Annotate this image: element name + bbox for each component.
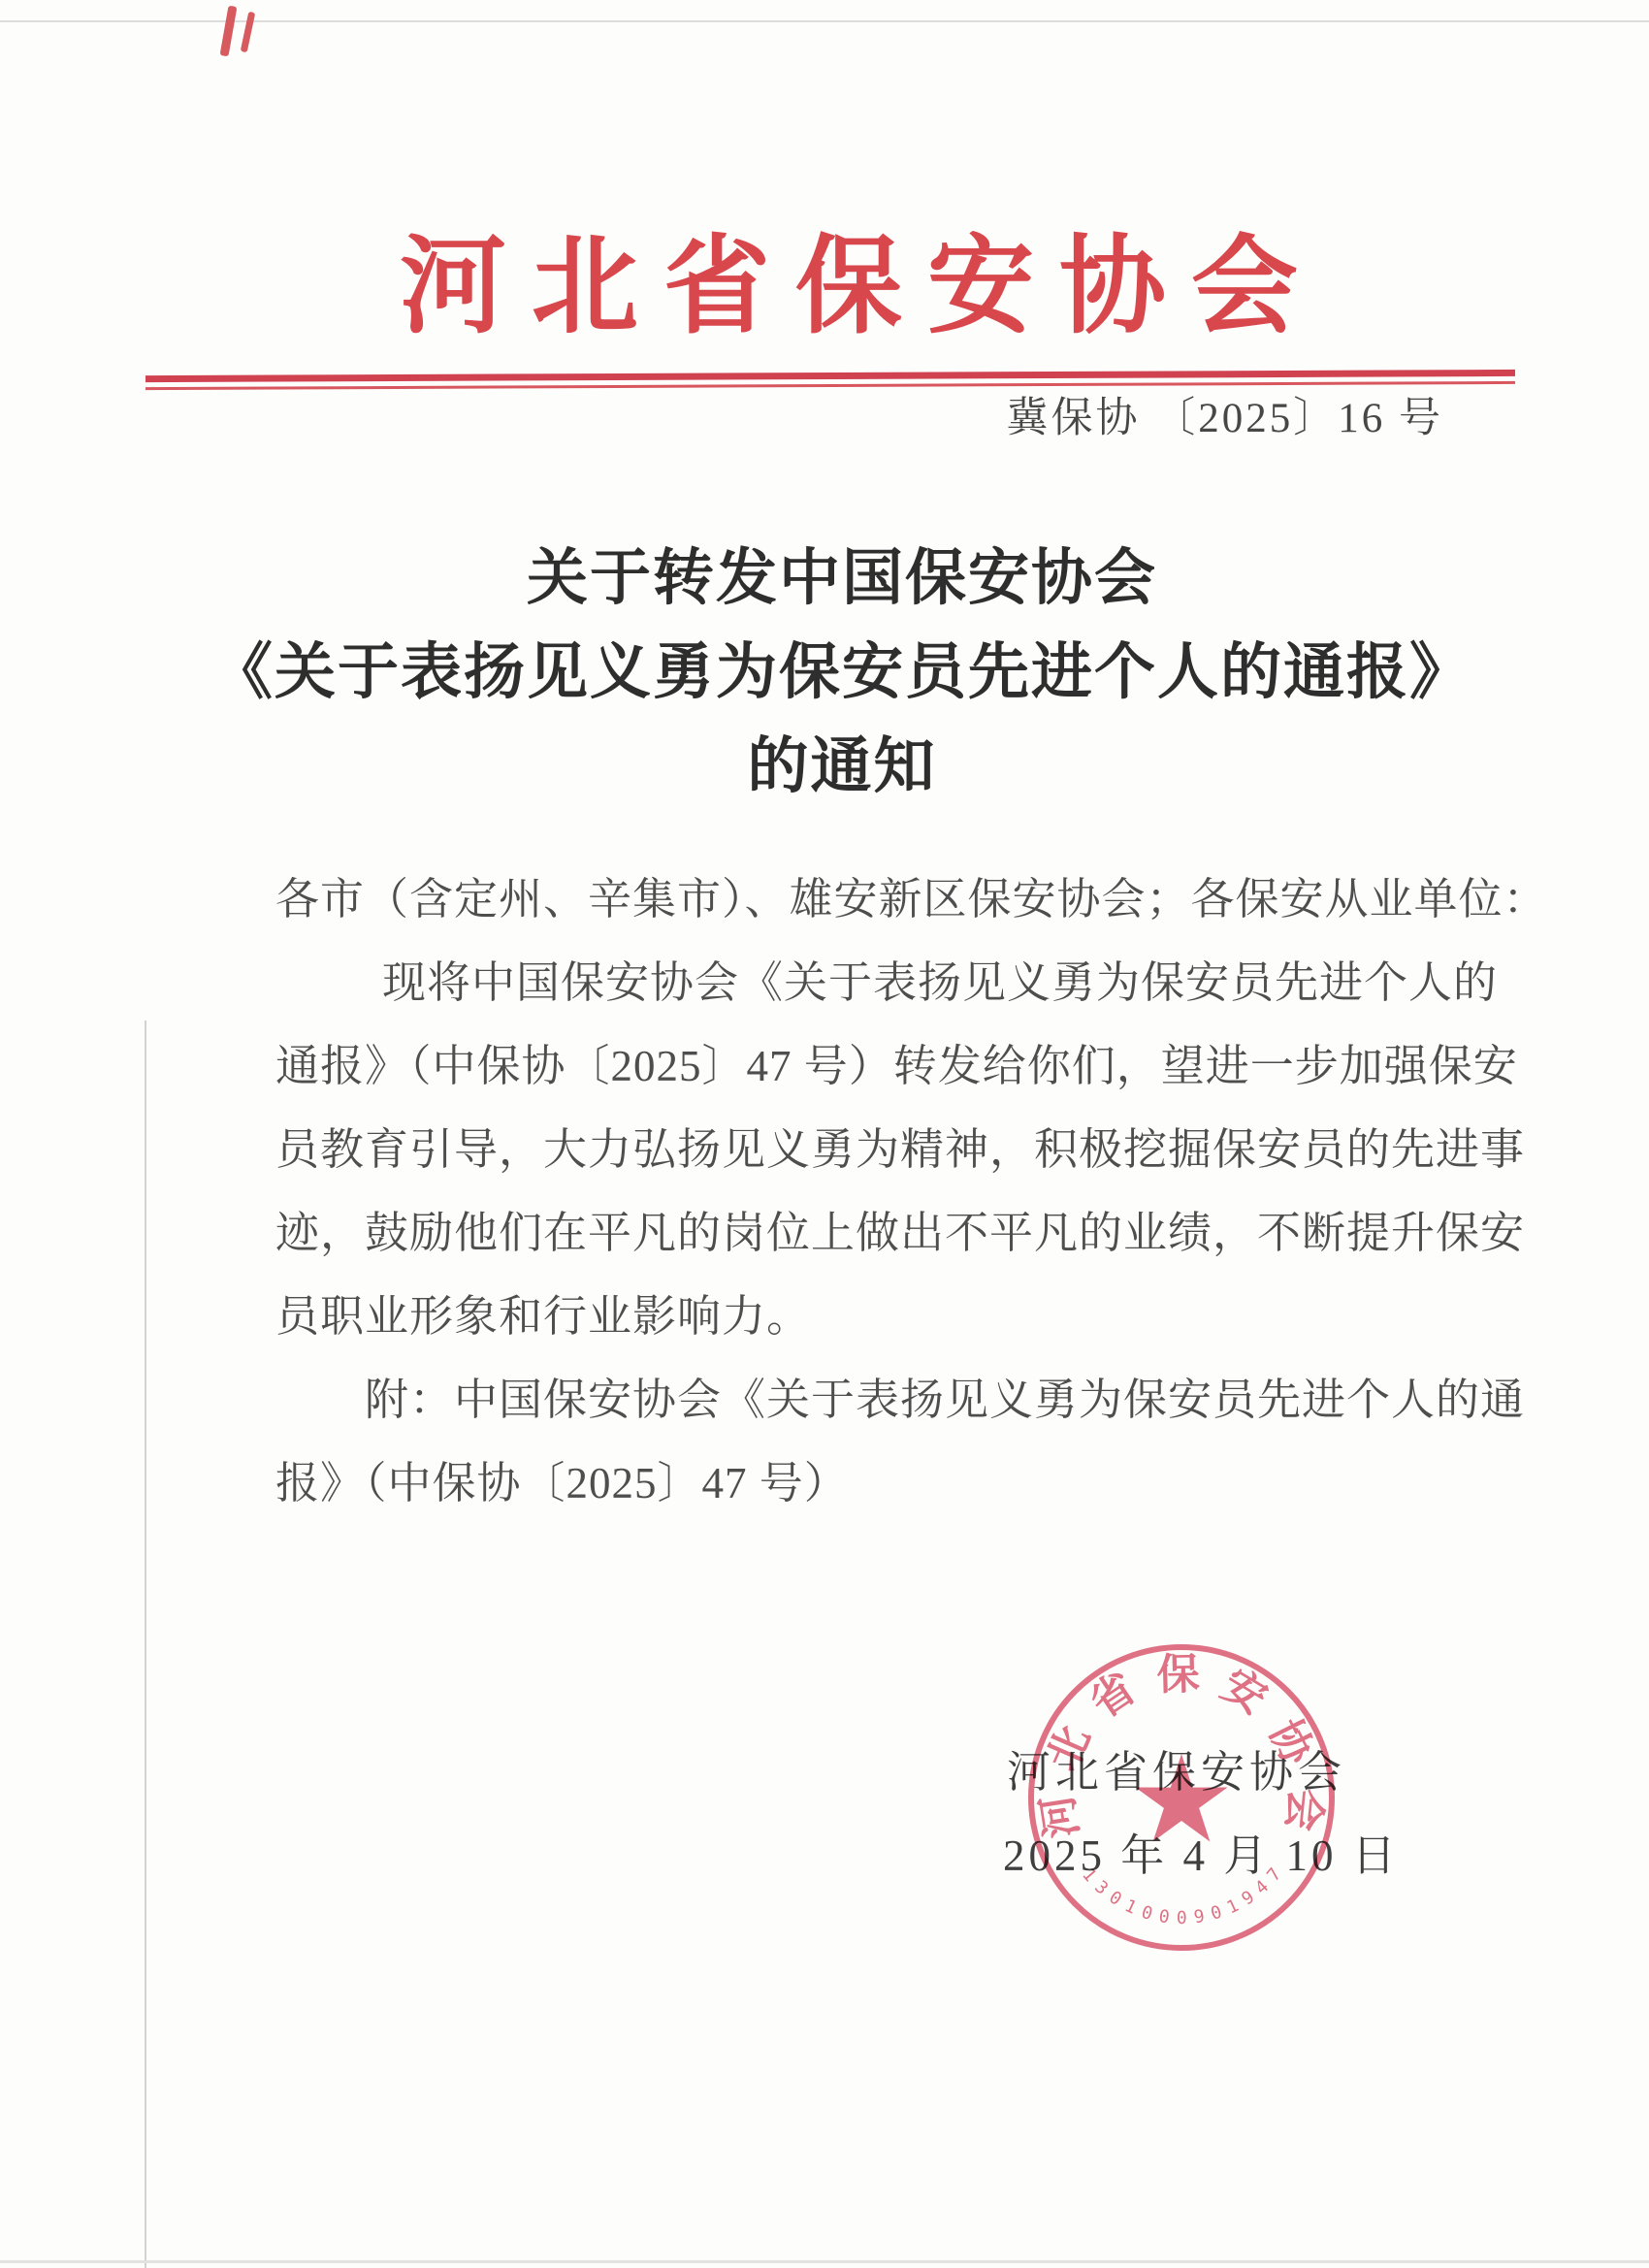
scan-edge-line-bottom	[0, 2260, 1649, 2263]
body-line-salutation: 各市（含定州、辛集市）、雄安新区保安协会；各保安从业单位：	[275, 858, 1498, 941]
red-rule-thick	[145, 370, 1515, 382]
letterhead-org-title: 河北省保安协会	[37, 225, 1649, 349]
document-title-line-1: 关于转发中国保安协会	[17, 532, 1649, 626]
body-line: 员职业形象和行业影响力。	[275, 1275, 1498, 1358]
red-ink-mark	[241, 12, 256, 53]
document-title: 关于转发中国保安协会 《关于表扬见义勇为保安员先进个人的通报》 的通知	[17, 532, 1649, 814]
document-title-line-3: 的通知	[17, 720, 1649, 814]
body-line-attachment: 报》（中保协〔2025〕47 号）	[275, 1442, 1498, 1525]
body-line: 迹，鼓励他们在平凡的岗位上做出不平凡的业绩，不断提升保安	[275, 1191, 1498, 1275]
seal-serial-number: 1301000901947	[1078, 1864, 1285, 1928]
official-seal: 河北省保安协会 1301000901947	[1017, 1633, 1346, 1962]
body-line: 员教育引导，大力弘扬见义勇为精神，积极挖掘保安员的先进事	[275, 1108, 1498, 1191]
document-title-line-2: 《关于表扬见义勇为保安员先进个人的通报》	[17, 626, 1649, 720]
document-number: 冀保协 〔2025〕16 号	[0, 392, 1443, 446]
body-line: 通报》（中保协〔2025〕47 号）转发给你们，望进一步加强保安	[275, 1024, 1498, 1108]
seal-star-icon	[1135, 1754, 1227, 1842]
letterhead-divider	[145, 370, 1515, 390]
scan-edge-line-left	[145, 1021, 146, 2268]
red-ink-mark	[220, 6, 238, 57]
red-rule-thin	[145, 381, 1515, 390]
body-line: 现将中国保安协会《关于表扬见义勇为保安员先进个人的	[275, 941, 1498, 1024]
document-body: 各市（含定州、辛集市）、雄安新区保安协会；各保安从业单位： 现将中国保安协会《关…	[275, 858, 1498, 1525]
scanned-document-page: 河北省保安协会 冀保协 〔2025〕16 号 关于转发中国保安协会 《关于表扬见…	[0, 0, 1649, 2268]
body-line-attachment: 附：中国保安协会《关于表扬见义勇为保安员先进个人的通	[275, 1358, 1498, 1442]
